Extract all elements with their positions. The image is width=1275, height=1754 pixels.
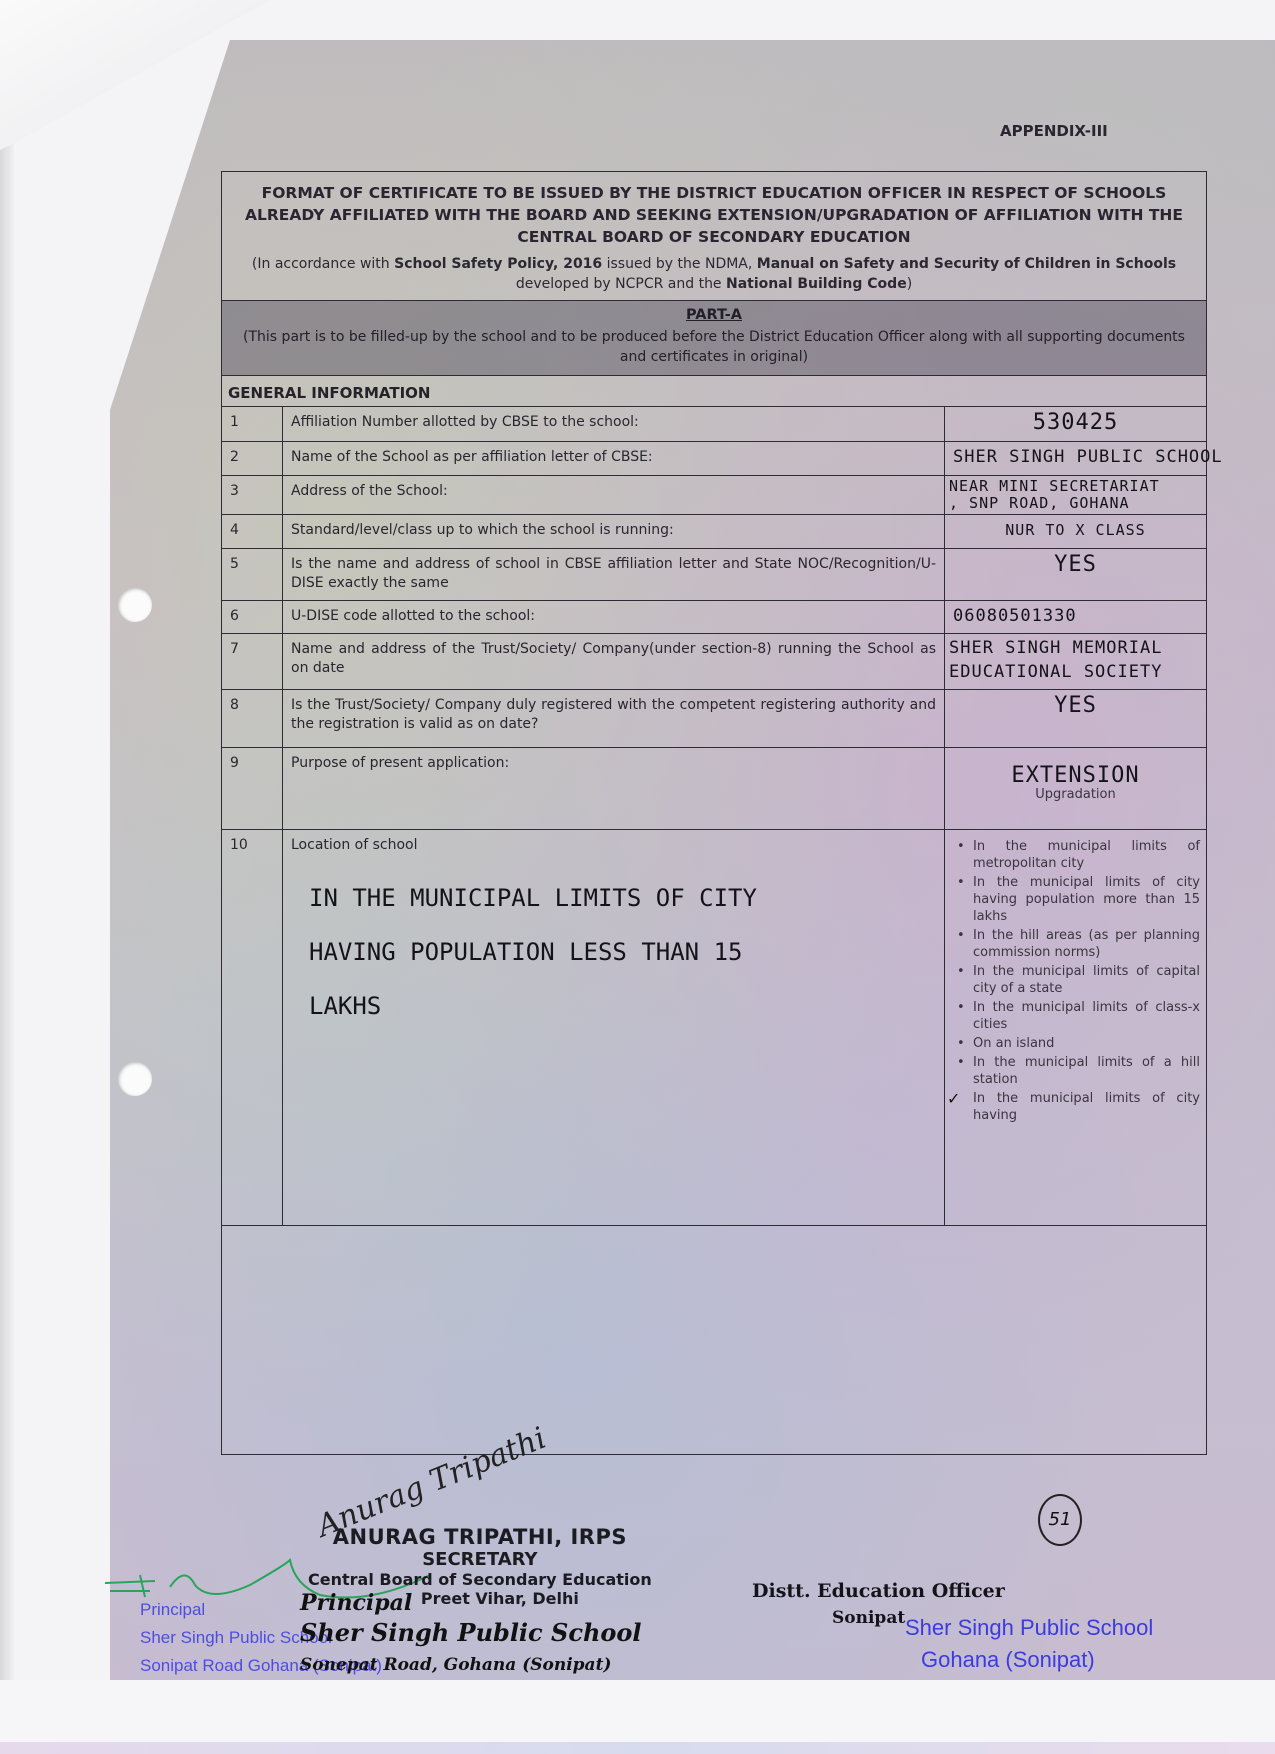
table-row: 5 Is the name and address of school in C… <box>222 549 1206 601</box>
society-name-line2: EDUCATIONAL SOCIETY <box>949 660 1202 684</box>
table-row: 1 Affiliation Number allotted by CBSE to… <box>222 407 1206 442</box>
school-blue-stamp: Sher Singh Public School Gohana (Sonipat… <box>905 1612 1153 1676</box>
location-option: In the municipal limits of a hill statio… <box>955 1054 1200 1088</box>
row-question: Location of school IN THE MUNICIPAL LIMI… <box>283 830 945 1226</box>
class-range: NUR to X Class <box>1005 521 1145 539</box>
cbse-organization: Central Board of Secondary Education <box>308 1570 652 1589</box>
school-name: SHER SINGH PUBLIC SCHOOL <box>953 447 1223 467</box>
location-line: LAKHS <box>309 979 936 1033</box>
note-text: issued by the NDMA, <box>602 256 757 272</box>
cbse-secretary-name: ANURAG TRIPATHI, IRPS <box>308 1525 652 1549</box>
punch-hole <box>118 1062 152 1096</box>
part-a-banner: PART-A (This part is to be filled-up by … <box>222 300 1206 376</box>
note-text: (In accordance with <box>252 256 394 272</box>
row-answer: NEAR MINI SECRETARIAT , SNP ROAD, GOHANA <box>945 476 1207 515</box>
table-row: 4 Standard/level/class up to which the s… <box>222 515 1206 549</box>
table-row: 8 Is the Trust/Society/ Company duly reg… <box>222 690 1206 748</box>
row-number: 5 <box>222 549 283 601</box>
location-option: In the municipal limits of capital city … <box>955 963 1200 997</box>
table-row: 3 Address of the School: NEAR MINI SECRE… <box>222 476 1206 515</box>
location-question: Location of school <box>291 836 936 855</box>
part-a-description: (This part is to be filled-up by the sch… <box>232 327 1196 367</box>
note-policy: School Safety Policy, 2016 <box>394 256 602 272</box>
school-address-line1: NEAR MINI SECRETARIAT <box>949 478 1202 495</box>
certificate-frame: FORMAT OF CERTIFICATE TO BE ISSUED BY TH… <box>221 171 1207 1455</box>
registration-answer: YES <box>1054 693 1097 718</box>
compliance-note: (In accordance with School Safety Policy… <box>222 252 1206 300</box>
note-code: National Building Code <box>726 276 907 292</box>
location-line: HAVING POPULATION LESS THAN 15 <box>309 925 936 979</box>
row-number: 10 <box>222 830 283 1226</box>
stamp-line: Gohana (Sonipat) <box>921 1644 1153 1676</box>
row-question: Name of the School as per affiliation le… <box>283 442 945 476</box>
row-number: 2 <box>222 442 283 476</box>
row-question: Affiliation Number allotted by CBSE to t… <box>283 407 945 442</box>
purpose-printed-option: Upgradation <box>953 785 1198 804</box>
section-title: GENERAL INFORMATION <box>222 376 1206 406</box>
row-number: 3 <box>222 476 283 515</box>
row-question: Is the Trust/Society/ Company duly regis… <box>283 690 945 748</box>
note-text: developed by NCPCR and the <box>516 276 726 292</box>
row-number: 9 <box>222 748 283 830</box>
appendix-label: APPENDIX-III <box>1000 122 1108 140</box>
certificate-heading: FORMAT OF CERTIFICATE TO BE ISSUED BY TH… <box>222 172 1206 252</box>
name-match-answer: YES <box>1054 552 1097 577</box>
table-row: 2 Name of the School as per affiliation … <box>222 442 1206 476</box>
principal-title: Principal <box>300 1590 642 1616</box>
row-answer: NUR to X Class <box>945 515 1207 549</box>
row-question: Purpose of present application: <box>283 748 945 830</box>
table-row: 9 Purpose of present application: EXTENS… <box>222 748 1206 830</box>
table-row: 10 Location of school IN THE MUNICIPAL L… <box>222 830 1206 1226</box>
location-option: In the hill areas (as per planning commi… <box>955 927 1200 961</box>
table-row: 7 Name and address of the Trust/Society/… <box>222 634 1206 690</box>
location-option: In the municipal limits of city having <box>955 1090 1200 1124</box>
location-options: In the municipal limits of metropolitan … <box>951 838 1200 1124</box>
row-answer: SHER SINGH PUBLIC SCHOOL <box>945 442 1207 476</box>
row-answer: In the municipal limits of metropolitan … <box>945 830 1207 1226</box>
punch-hole <box>118 588 152 622</box>
affiliation-number: 530425 <box>1033 410 1118 435</box>
location-option: In the municipal limits of class-x citie… <box>955 999 1200 1033</box>
principal-school: Sher Singh Public School <box>300 1618 642 1647</box>
row-question: Name and address of the Trust/Society/ C… <box>283 634 945 690</box>
location-handwritten-answer: IN THE MUNICIPAL LIMITS OF CITY HAVING P… <box>291 855 936 1033</box>
scan-edge <box>0 0 14 1754</box>
note-text: ) <box>907 276 912 292</box>
school-address-line2: , SNP ROAD, GOHANA <box>949 495 1202 512</box>
row-answer: 530425 <box>945 407 1207 442</box>
udise-code: 06080501330 <box>953 606 1077 626</box>
general-info-table: 1 Affiliation Number allotted by CBSE to… <box>222 406 1206 1226</box>
cbse-secretary-role: SECRETARY <box>308 1549 652 1570</box>
row-number: 1 <box>222 407 283 442</box>
stamp-line: Sher Singh Public School <box>905 1612 1153 1644</box>
page-number-mark: 51 <box>1038 1494 1082 1546</box>
principal-address: Sonepat Road, Gohana (Sonipat) <box>300 1655 642 1675</box>
part-a-title: PART-A <box>232 307 1196 323</box>
row-number: 4 <box>222 515 283 549</box>
location-option: In the municipal limits of city having p… <box>955 874 1200 925</box>
scan-bottom-edge <box>0 1742 1275 1754</box>
row-question: U-DISE code allotted to the school: <box>283 601 945 634</box>
row-question: Standard/level/class up to which the sch… <box>283 515 945 549</box>
row-question: Address of the School: <box>283 476 945 515</box>
society-name-line1: SHER SINGH MEMORIAL <box>949 636 1202 660</box>
principal-stamp: Principal Sher Singh Public School Sonep… <box>300 1590 642 1675</box>
location-option: On an island <box>955 1035 1200 1052</box>
row-number: 6 <box>222 601 283 634</box>
row-answer: SHER SINGH MEMORIAL EDUCATIONAL SOCIETY <box>945 634 1207 690</box>
location-line: IN THE MUNICIPAL LIMITS OF CITY <box>309 871 936 925</box>
note-manual: Manual on Safety and Security of Childre… <box>757 256 1176 272</box>
table-row: 6 U-DISE code allotted to the school: 06… <box>222 601 1206 634</box>
purpose-answer: EXTENSION <box>953 766 1198 785</box>
deo-title: Distt. Education Officer <box>752 1580 1005 1602</box>
row-answer: YES <box>945 690 1207 748</box>
row-answer: EXTENSION Upgradation <box>945 748 1207 830</box>
row-question: Is the name and address of school in CBS… <box>283 549 945 601</box>
location-option: In the municipal limits of metropolitan … <box>955 838 1200 872</box>
row-number: 8 <box>222 690 283 748</box>
row-answer: 06080501330 <box>945 601 1207 634</box>
row-answer: YES <box>945 549 1207 601</box>
row-number: 7 <box>222 634 283 690</box>
